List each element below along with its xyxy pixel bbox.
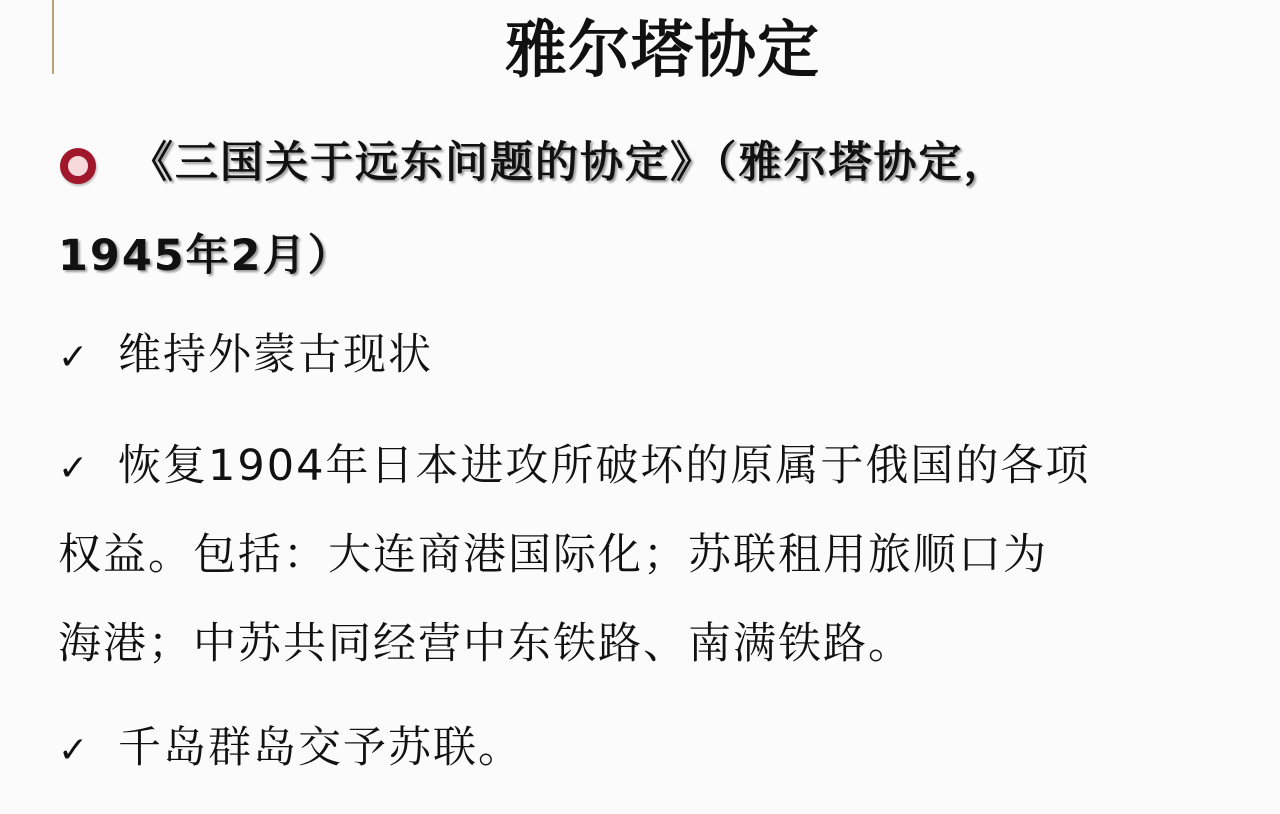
check-icon: ✓ [58, 439, 118, 499]
main-point-line-1: 《三国关于远东问题的协定》（雅尔塔协定， [130, 133, 1009, 193]
main-point-line-2: 1945年2月） [58, 226, 353, 286]
ring-bullet-icon [60, 148, 96, 184]
list-item: ✓恢复1904年日本进攻所破坏的原属于俄国的各项 [58, 436, 1090, 499]
list-item: ✓千岛群岛交予苏联。 [58, 718, 523, 781]
list-item-continuation: 权益。包括：大连商港国际化；苏联租用旅顺口为 [58, 525, 1048, 585]
check-icon: ✓ [58, 721, 118, 781]
slide-title: 雅尔塔协定 [0, 10, 1280, 90]
list-item-continuation: 海港；中苏共同经营中东铁路、南满铁路。 [58, 614, 913, 674]
list-item: ✓维持外蒙古现状 [58, 325, 433, 388]
check-icon: ✓ [58, 328, 118, 388]
